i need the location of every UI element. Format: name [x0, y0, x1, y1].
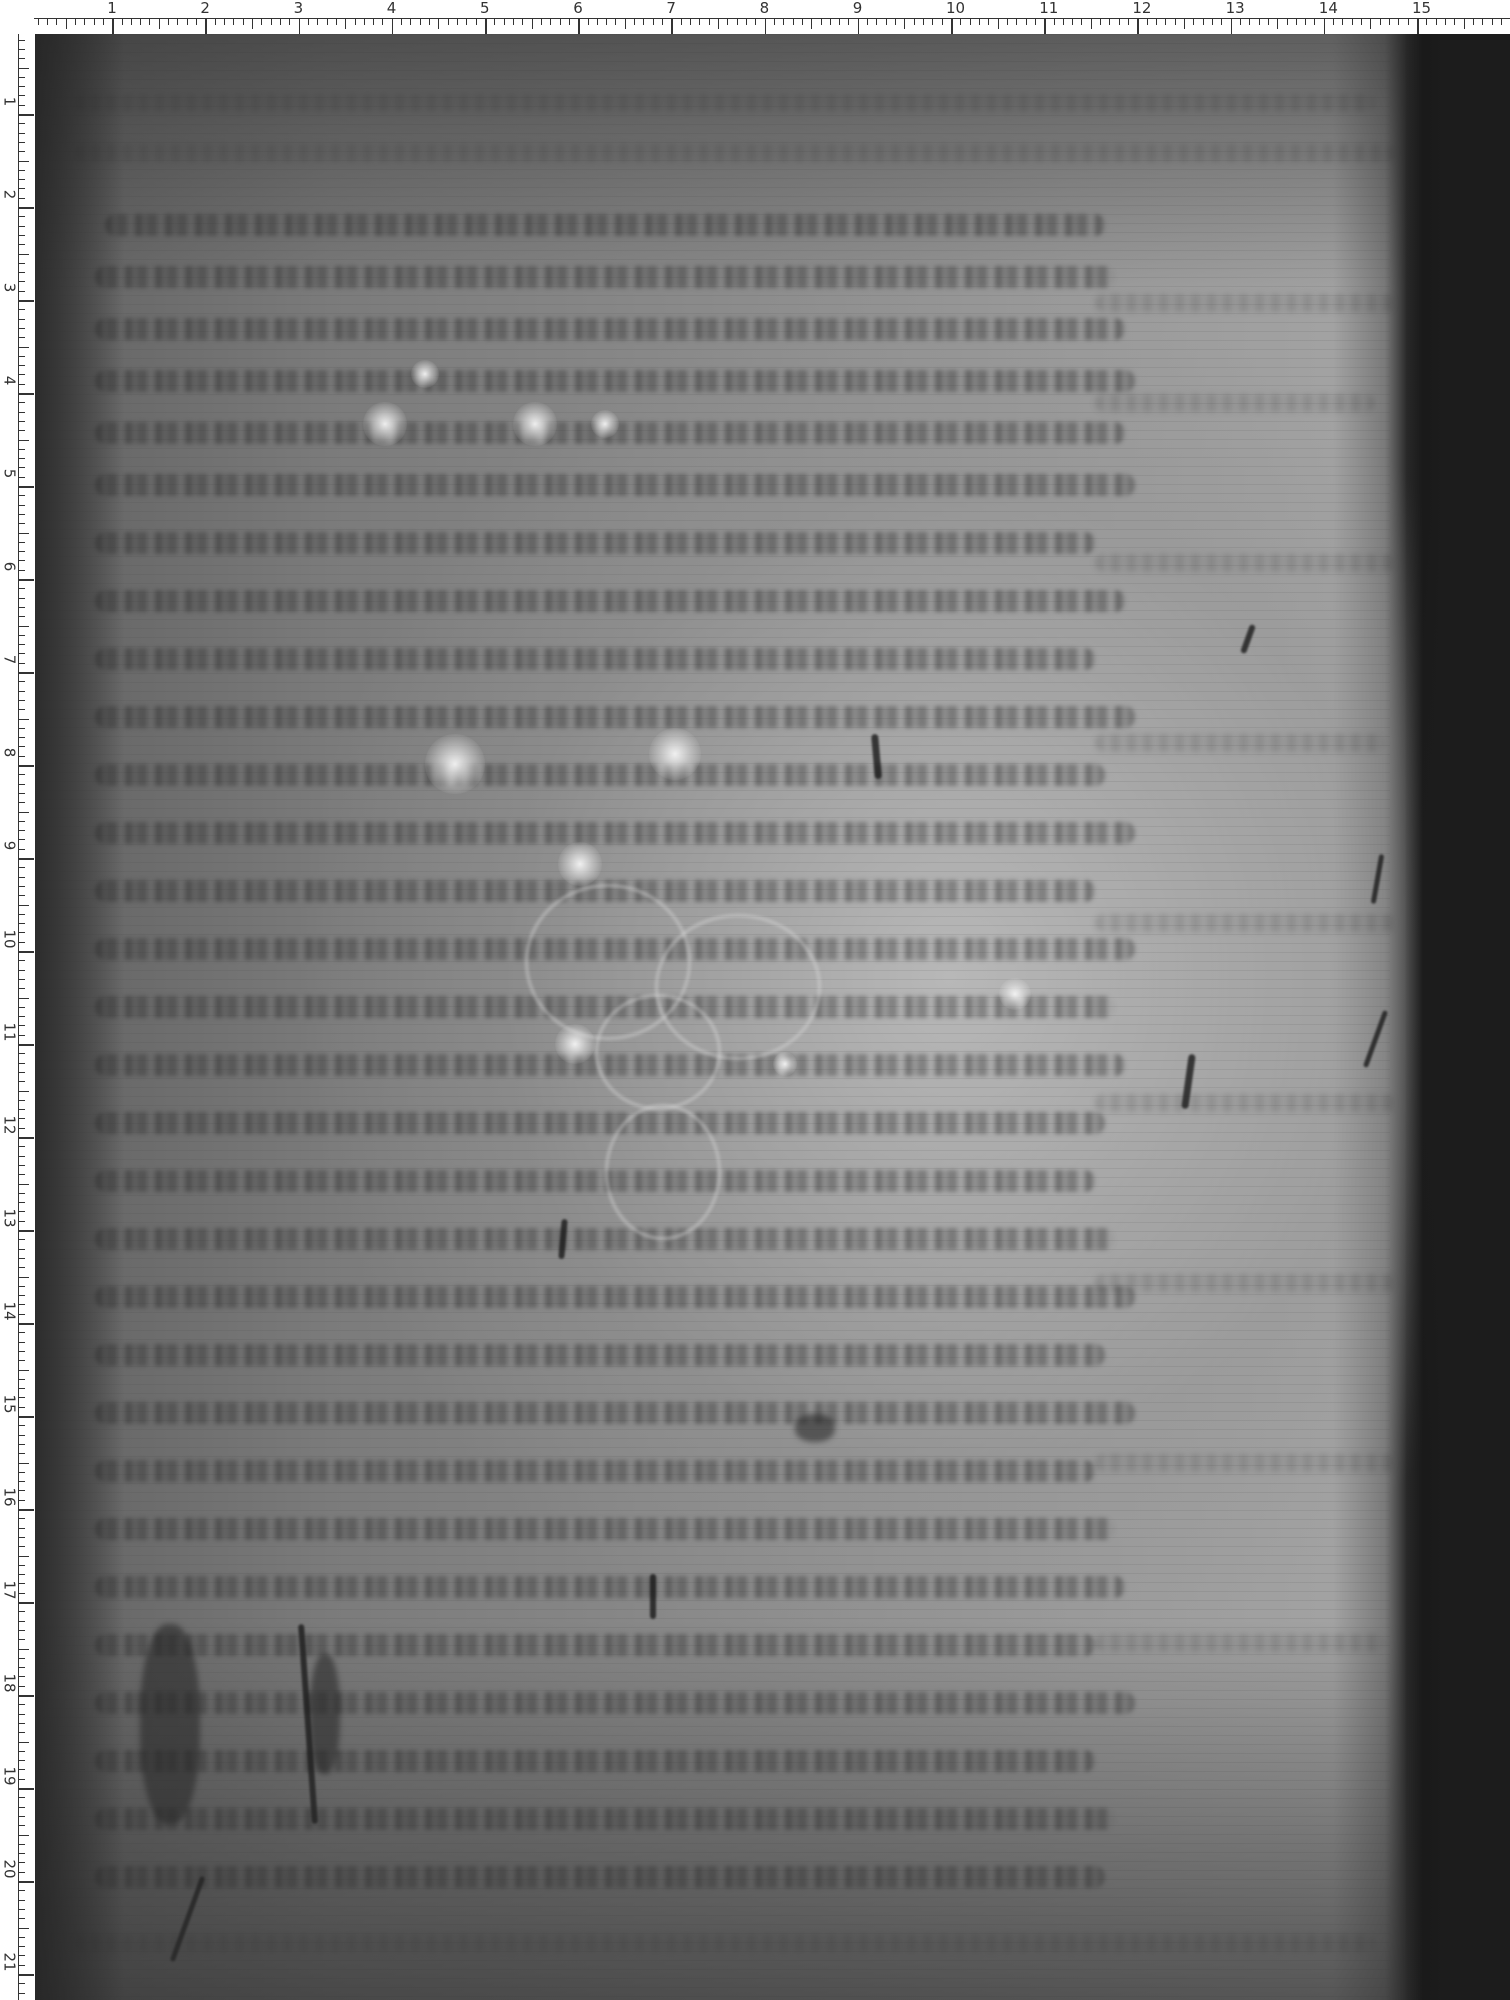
ruler-minor-tick: [177, 18, 178, 25]
ruler-minor-tick: [634, 18, 635, 25]
ruler-minor-tick: [18, 1100, 25, 1101]
ruler-minor-tick: [18, 40, 25, 41]
ruler-minor-tick: [18, 1249, 25, 1250]
ruler-minor-tick: [970, 18, 971, 25]
ruler-minor-tick: [345, 18, 346, 29]
ruler-minor-tick: [18, 1379, 25, 1380]
ruler-minor-tick: [550, 18, 551, 25]
ruler-minor-tick: [18, 188, 25, 189]
ruler-minor-tick: [18, 1658, 25, 1659]
ruler-minor-tick: [1501, 18, 1502, 25]
ruler-minor-tick: [18, 709, 25, 710]
ruler-minor-tick: [196, 18, 197, 25]
ruler-minor-tick: [168, 18, 169, 25]
ruler-minor-tick: [615, 18, 616, 25]
ruler-minor-tick: [18, 309, 25, 310]
ruler-left-label: 1: [2, 93, 17, 111]
ruler-minor-tick: [1361, 18, 1362, 25]
ruler-minor-tick: [18, 802, 25, 803]
ruler-minor-tick: [18, 1816, 25, 1817]
ruler-top-label: 7: [666, 1, 676, 16]
ruler-minor-tick: [522, 18, 523, 25]
ruler-top-label: 9: [853, 1, 863, 16]
ruler-minor-tick: [18, 1332, 25, 1333]
ruler-minor-tick: [18, 170, 25, 171]
ruler-minor-tick: [1287, 18, 1288, 25]
ruler-minor-tick: [606, 18, 607, 25]
ruler-top-label: 1: [107, 1, 117, 16]
faded-text-line: [1095, 1274, 1395, 1292]
ruler-minor-tick: [494, 18, 495, 25]
ruler-left-label: 16: [2, 1488, 17, 1506]
ruler-left-label: 21: [2, 1953, 17, 1971]
ruler-minor-tick: [1268, 18, 1269, 25]
ruler-minor-tick: [18, 988, 25, 989]
ruler-minor-tick: [802, 18, 803, 25]
ruler-minor-tick: [1147, 18, 1148, 25]
ruler-minor-tick: [18, 1072, 25, 1073]
ruler-major-tick: [18, 207, 34, 209]
ruler-minor-tick: [18, 68, 29, 69]
ruler-minor-tick: [1026, 18, 1027, 25]
ruler-minor-tick: [131, 18, 132, 25]
ruler-minor-tick: [1389, 18, 1390, 25]
ruler-minor-tick: [18, 1463, 29, 1464]
ruler-minor-tick: [18, 412, 25, 413]
ruler-minor-tick: [588, 18, 589, 25]
ruler-minor-tick: [1314, 18, 1315, 25]
ruler-minor-tick: [18, 1258, 25, 1259]
ruler-minor-tick: [1063, 18, 1064, 25]
ruler-minor-tick: [18, 877, 25, 878]
ruler-minor-tick: [18, 570, 25, 571]
ruler-minor-tick: [1100, 18, 1101, 25]
ruler-minor-tick: [18, 942, 25, 943]
bright-spot: [425, 734, 485, 794]
ruler-minor-tick: [653, 18, 654, 25]
ruler-minor-tick: [1370, 18, 1371, 29]
ruler-major-tick: [765, 18, 767, 34]
ruler-minor-tick: [1091, 18, 1092, 29]
ruler-minor-tick: [18, 263, 25, 264]
manuscript-text-line: [95, 532, 1095, 554]
ink-blot: [795, 1414, 835, 1442]
ruler-left-label: 17: [2, 1581, 17, 1599]
ruler-minor-tick: [149, 18, 150, 25]
ruler-minor-tick: [18, 700, 25, 701]
ruler-minor-tick: [18, 598, 25, 599]
ruler-minor-tick: [261, 18, 262, 25]
ruler-minor-tick: [18, 895, 25, 896]
ruler-minor-tick: [18, 588, 25, 589]
ruler-minor-tick: [18, 1825, 25, 1826]
ruler-minor-tick: [243, 18, 244, 25]
ruler-minor-tick: [18, 970, 25, 971]
ruler-minor-tick: [18, 626, 29, 627]
ruler-minor-tick: [18, 1742, 29, 1743]
ruler-minor-tick: [727, 18, 728, 25]
ruler-minor-tick: [643, 18, 644, 25]
ruler-top-label: 8: [760, 1, 770, 16]
ruler-minor-tick: [1445, 18, 1446, 25]
ruler-minor-tick: [18, 867, 25, 868]
ruler-minor-tick: [18, 1909, 25, 1910]
ruler-minor-tick: [18, 198, 25, 199]
ruler-minor-tick: [18, 1081, 25, 1082]
manuscript-text-line: [95, 764, 1105, 786]
ruler-left: 123456789101112131415161718192021: [0, 0, 34, 2000]
ruler-major-tick: [112, 18, 114, 34]
ruler-minor-tick: [18, 1955, 25, 1956]
ruler-minor-tick: [932, 18, 933, 25]
ruler-minor-tick: [336, 18, 337, 25]
ruler-minor-tick: [18, 923, 25, 924]
ruler-minor-tick: [18, 1630, 25, 1631]
manuscript-text-line: [95, 318, 1125, 340]
vignette-left: [35, 34, 125, 2000]
ruler-minor-tick: [94, 18, 95, 25]
ruler-minor-tick: [18, 1732, 25, 1733]
ruler-minor-tick: [1240, 18, 1241, 25]
ruler-minor-tick: [18, 960, 25, 961]
ruler-minor-tick: [774, 18, 775, 25]
ruler-minor-tick: [18, 1928, 29, 1929]
ruler-minor-tick: [904, 18, 905, 29]
ruler-left-label: 11: [2, 1023, 17, 1041]
ruler-minor-tick: [18, 1314, 25, 1315]
ruler-minor-tick: [18, 998, 29, 999]
ruler-minor-tick: [18, 644, 25, 645]
ruler-minor-tick: [18, 905, 29, 906]
ruler-minor-tick: [1482, 18, 1483, 25]
ruler-minor-tick: [18, 635, 25, 636]
ruler-minor-tick: [18, 616, 25, 617]
ruler-minor-tick: [942, 18, 943, 25]
ruler-minor-tick: [848, 18, 849, 25]
ruler-minor-tick: [1333, 18, 1334, 25]
ruler-left-label: 15: [2, 1395, 17, 1413]
ruler-minor-tick: [504, 18, 505, 25]
ruler-minor-tick: [830, 18, 831, 25]
ruler-corner: [0, 0, 34, 34]
manuscript-text-line: [95, 1228, 1115, 1250]
ruler-minor-tick: [998, 18, 999, 29]
ruler-major-tick: [392, 18, 394, 34]
ruler-minor-tick: [18, 1835, 29, 1836]
manuscript-image: [35, 34, 1510, 2000]
ruler-minor-tick: [364, 18, 365, 25]
ruler-minor-tick: [18, 226, 25, 227]
ruler-minor-tick: [18, 467, 25, 468]
ruler-left-label: 8: [2, 744, 17, 762]
ruler-minor-tick: [18, 691, 25, 692]
ruler-minor-tick: [18, 1184, 29, 1185]
ruler-major-tick: [18, 765, 34, 767]
ruler-minor-tick: [979, 18, 980, 25]
ruler-minor-tick: [18, 384, 25, 385]
ruler-minor-tick: [1081, 18, 1082, 25]
ruler-minor-tick: [18, 1621, 25, 1622]
ruler-minor-tick: [18, 179, 25, 180]
ruler-top-label: 11: [1039, 1, 1058, 16]
ruler-minor-tick: [18, 1593, 25, 1594]
ruler-major-tick: [299, 18, 301, 34]
ruler-minor-tick: [18, 1993, 25, 1994]
ruler-minor-tick: [541, 18, 542, 25]
ruler-minor-tick: [18, 663, 25, 664]
ruler-major-tick: [18, 858, 34, 860]
ruler-minor-tick: [1109, 18, 1110, 25]
ruler-minor-tick: [569, 18, 570, 25]
ruler-minor-tick: [18, 1221, 25, 1222]
ruler-minor-tick: [1296, 18, 1297, 25]
ruler-major-tick: [18, 1044, 34, 1046]
ruler-minor-tick: [215, 18, 216, 25]
ruler-minor-tick: [47, 18, 48, 25]
ruler-minor-tick: [18, 719, 29, 720]
ruler-minor-tick: [18, 151, 25, 152]
ruler-minor-tick: [1426, 18, 1427, 25]
ruler-minor-tick: [18, 495, 25, 496]
ruler-minor-tick: [18, 1574, 25, 1575]
ruler-minor-tick: [18, 1760, 25, 1761]
ruler-top-label: 10: [946, 1, 965, 16]
ruler-left-label: 13: [2, 1209, 17, 1227]
ruler-top-label: 6: [573, 1, 583, 16]
ruler-minor-tick: [18, 560, 25, 561]
ruler-minor-tick: [317, 18, 318, 25]
ruler-minor-tick: [690, 18, 691, 25]
ruler-minor-tick: [18, 1611, 25, 1612]
ruler-minor-tick: [18, 737, 25, 738]
ruler-minor-tick: [18, 551, 25, 552]
ruler-minor-tick: [18, 728, 25, 729]
ruler-major-tick: [18, 1416, 34, 1418]
ruler-minor-tick: [18, 272, 25, 273]
ruler-minor-tick: [18, 1211, 25, 1212]
ruler-left-label: 7: [2, 651, 17, 669]
ruler-minor-tick: [18, 1277, 29, 1278]
ruler-minor-tick: [18, 1053, 25, 1054]
ruler-minor-tick: [18, 1518, 25, 1519]
ruler-top-label: 3: [294, 1, 304, 16]
faded-text-line: [1095, 914, 1395, 932]
ruler-minor-tick: [18, 542, 25, 543]
ruler-minor-tick: [18, 1537, 25, 1538]
ruler-major-tick: [18, 1974, 34, 1976]
ruler-minor-tick: [18, 1704, 25, 1705]
ruler-major-tick: [1137, 18, 1139, 34]
ruler-minor-tick: [18, 77, 25, 78]
ruler-minor-tick: [513, 18, 514, 25]
ruler-minor-tick: [18, 337, 25, 338]
ruler-minor-tick: [18, 458, 25, 459]
ruler-major-tick: [578, 18, 580, 34]
ruler-minor-tick: [18, 1481, 25, 1482]
ruler-minor-tick: [18, 1156, 25, 1157]
ruler-major-tick: [951, 18, 953, 34]
ruler-minor-tick: [18, 1490, 25, 1491]
ruler-minor-tick: [18, 449, 25, 450]
ruler-top-label: 12: [1132, 1, 1151, 16]
ruler-minor-tick: [18, 161, 29, 162]
bright-spot: [649, 728, 701, 780]
ruler-minor-tick: [18, 914, 25, 915]
ruler-minor-tick: [18, 254, 29, 255]
ruler-minor-tick: [18, 849, 25, 850]
ruler-minor-tick: [1221, 18, 1222, 25]
ruler-top-label: 5: [480, 1, 490, 16]
ruler-minor-tick: [308, 18, 309, 25]
ruler-minor-tick: [1016, 18, 1017, 25]
ruler-minor-tick: [18, 1016, 25, 1017]
ruler-minor-tick: [18, 1937, 25, 1938]
ruler-minor-tick: [1492, 18, 1493, 25]
ruler-minor-tick: [18, 1286, 25, 1287]
ruler-minor-tick: [18, 440, 29, 441]
ruler-minor-tick: [18, 374, 25, 375]
ruler-minor-tick: [18, 356, 25, 357]
ruler-minor-tick: [18, 1853, 25, 1854]
ruler-minor-tick: [783, 18, 784, 25]
ruler-left-label: 18: [2, 1674, 17, 1692]
ruler-minor-tick: [18, 1146, 25, 1147]
ruler-minor-tick: [18, 533, 29, 534]
ruler-minor-tick: [224, 18, 225, 25]
vignette-bottom: [35, 1620, 1510, 2000]
bright-spot: [513, 402, 557, 446]
ruler-minor-tick: [355, 18, 356, 25]
ruler-minor-tick: [1352, 18, 1353, 25]
ruler-minor-tick: [75, 18, 76, 25]
ruler-minor-tick: [18, 1779, 25, 1780]
ruler-minor-tick: [1277, 18, 1278, 29]
manuscript-text-line: [95, 1518, 1115, 1540]
ruler-minor-tick: [18, 1723, 25, 1724]
ruler-minor-tick: [18, 123, 25, 124]
ruler-minor-tick: [1259, 18, 1260, 25]
ruler-major-tick: [858, 18, 860, 34]
ruler-minor-tick: [988, 18, 989, 25]
ruler-minor-tick: [466, 18, 467, 25]
ruler-minor-tick: [662, 18, 663, 25]
ruler-minor-tick: [18, 1546, 25, 1547]
ruler-major-tick: [18, 672, 34, 674]
ruler-minor-tick: [821, 18, 822, 25]
ruler-minor-tick: [18, 1239, 25, 1240]
ruler-minor-tick: [18, 1444, 25, 1445]
manuscript-text-line: [95, 590, 1125, 612]
ruler-minor-tick: [18, 105, 25, 106]
ruler-minor-tick: [18, 523, 25, 524]
manuscript-text-line: [95, 474, 1135, 496]
ruler-minor-tick: [1398, 18, 1399, 25]
faded-text-line: [1095, 294, 1395, 312]
ruler-minor-tick: [18, 281, 25, 282]
ruler-minor-tick: [18, 402, 25, 403]
ruler-minor-tick: [914, 18, 915, 25]
faded-text-line: [1095, 554, 1395, 572]
ruler-minor-tick: [18, 1890, 25, 1891]
ruler-minor-tick: [18, 1407, 25, 1408]
ruler-minor-tick: [420, 18, 421, 25]
ruler-minor-tick: [699, 18, 700, 25]
dark-background-edge: [1405, 34, 1510, 2000]
ruler-minor-tick: [709, 18, 710, 25]
ruler-minor-tick: [187, 18, 188, 25]
ruler-minor-tick: [18, 1528, 25, 1529]
ruler-minor-tick: [252, 18, 253, 29]
ruler-minor-tick: [18, 421, 25, 422]
ruler-left-label: 19: [2, 1767, 17, 1785]
ink-stroke: [650, 1574, 656, 1619]
ruler-minor-tick: [18, 1676, 25, 1677]
ruler-minor-tick: [18, 793, 25, 794]
ruler-minor-tick: [18, 1118, 25, 1119]
ruler-major-tick: [1044, 18, 1046, 34]
ruler-minor-tick: [18, 347, 29, 348]
ruler-minor-tick: [18, 1174, 25, 1175]
ruler-minor-tick: [923, 18, 924, 25]
ruler-minor-tick: [737, 18, 738, 25]
ruler-minor-tick: [84, 18, 85, 25]
ruler-minor-tick: [438, 18, 439, 29]
ruler-major-tick: [1324, 18, 1326, 34]
ruler-minor-tick: [18, 1370, 29, 1371]
ruler-minor-tick: [18, 1965, 25, 1966]
manuscript-text-line: [95, 648, 1095, 670]
ruler-left-label: 6: [2, 558, 17, 576]
ruler-minor-tick: [560, 18, 561, 25]
bright-spot: [411, 360, 439, 388]
ruler-minor-tick: [66, 18, 67, 29]
ruler-minor-tick: [18, 1751, 25, 1752]
ruler-minor-tick: [1454, 18, 1455, 25]
ruler-minor-tick: [18, 49, 25, 50]
ruler-top-label: 2: [200, 1, 210, 16]
ruler-minor-tick: [1054, 18, 1055, 25]
ruler-minor-tick: [811, 18, 812, 29]
ruler-minor-tick: [18, 1025, 25, 1026]
manuscript-text-line: [95, 822, 1135, 844]
ruler-minor-tick: [18, 235, 25, 236]
manuscript-text-line: [95, 1112, 1105, 1134]
ruler-minor-tick: [886, 18, 887, 25]
ruler-left-label: 3: [2, 279, 17, 297]
ruler-minor-tick: [410, 18, 411, 25]
ruler-minor-tick: [18, 58, 25, 59]
ruler-minor-tick: [18, 1193, 25, 1194]
ruler-minor-tick: [18, 328, 25, 329]
ruler-minor-tick: [18, 932, 25, 933]
ruler-minor-tick: [401, 18, 402, 25]
ruler-minor-tick: [18, 886, 25, 887]
ruler-minor-tick: [532, 18, 533, 29]
ruler-minor-tick: [1184, 18, 1185, 29]
ruler-major-tick: [18, 1230, 34, 1232]
ruler-minor-tick: [18, 812, 29, 813]
ruler-major-tick: [18, 114, 34, 116]
ruler-major-tick: [18, 1788, 34, 1790]
ruler-minor-tick: [18, 1007, 25, 1008]
manuscript-text-line: [95, 1344, 1105, 1366]
ruler-top-label: 13: [1226, 1, 1245, 16]
ruler-minor-tick: [327, 18, 328, 25]
ruler-minor-tick: [18, 1397, 25, 1398]
manuscript-text-line: [95, 1576, 1125, 1598]
ruler-minor-tick: [18, 1388, 25, 1389]
ruler-minor-tick: [18, 1862, 25, 1863]
